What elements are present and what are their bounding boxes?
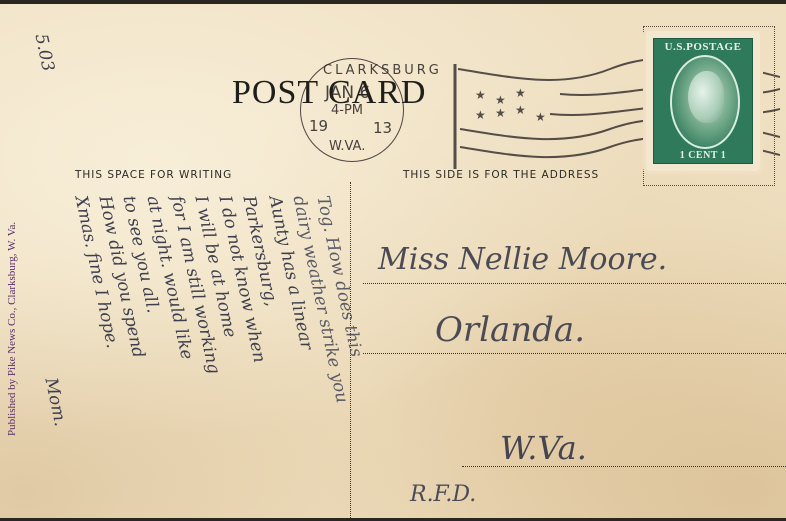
address-side-label: THIS SIDE IS FOR THE ADDRESS [403,169,599,181]
svg-text:★: ★ [475,88,486,102]
recipient-state: W.Va. [500,429,587,467]
postmark-year-right: 13 [373,119,392,137]
stamp-denomination: 1 CENT 1 [654,150,752,161]
recipient-city: Orlanda. [435,310,585,350]
postage-stamp: U.S.POSTAGE 1 CENT 1 [646,31,760,171]
publisher-imprint: Published by Pike News Co., Clarksburg, … [6,222,18,436]
postmark-year-left: 19 [309,117,328,135]
postcard-back: POST CARD THIS SPACE FOR WRITING THIS SI… [0,4,786,518]
message-corner-note: 5.03 [30,32,57,73]
svg-text:★: ★ [495,106,506,120]
postmark: CLARKSBURG JAN 6 4-PM 19 13 W.VA. [300,58,404,162]
svg-text:★: ★ [495,93,506,107]
address-line-2 [363,353,786,354]
postmark-date: JAN 6 [325,83,370,103]
svg-text:★: ★ [475,108,486,122]
handwritten-message: Tog. How does this dairy weather strike … [60,186,390,466]
svg-text:★: ★ [515,103,526,117]
recipient-route: R.F.D. [410,482,476,507]
svg-text:★: ★ [515,86,526,100]
recipient-name: Miss Nellie Moore. [378,242,667,277]
svg-text:★: ★ [535,110,546,124]
writing-space-label: THIS SPACE FOR WRITING [75,169,232,181]
postmark-town: CLARKSBURG [323,63,442,78]
postmark-time: 4-PM [331,103,363,118]
stamp-top-text: U.S.POSTAGE [654,41,752,53]
washington-portrait-icon [670,55,740,149]
postmark-state: W.VA. [329,139,365,154]
message-signature: Mom. [40,376,70,428]
address-line-1 [363,283,786,284]
